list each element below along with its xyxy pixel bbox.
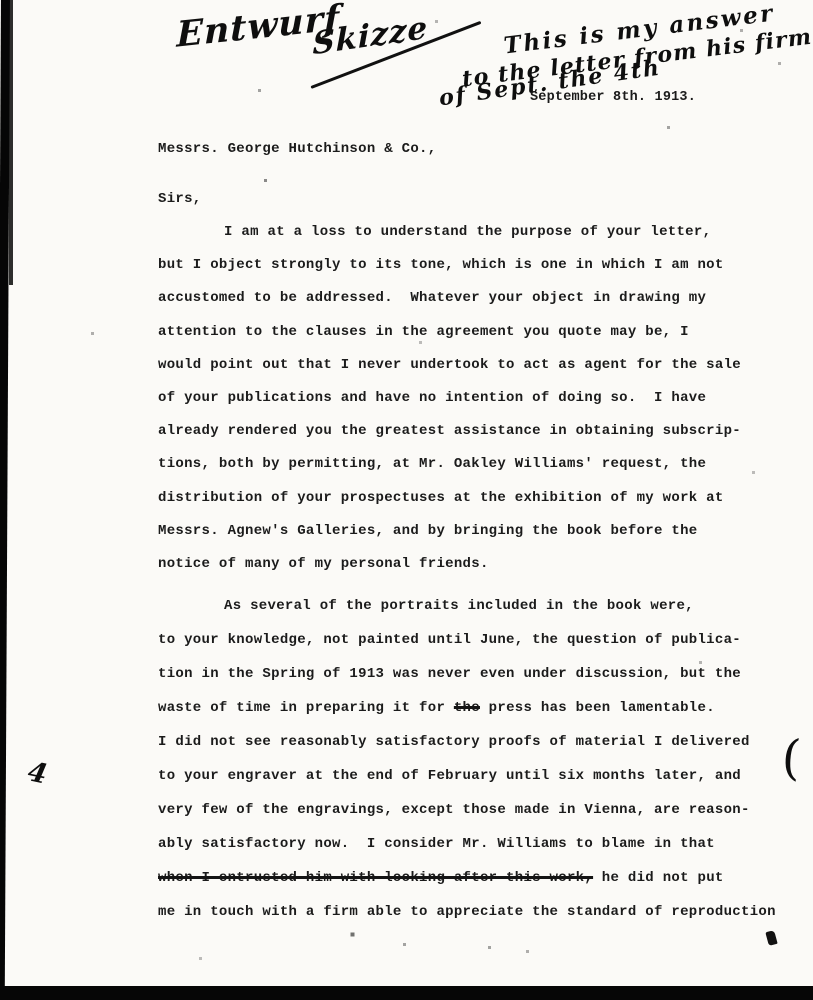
letter-line: would point out that I never undertook t… bbox=[158, 349, 808, 382]
letter-text: ably satisfactory now. I consider Mr. Wi… bbox=[158, 836, 715, 852]
letter-text: distribution of your prospectuses at the… bbox=[158, 490, 724, 506]
letter-text: As several of the portraits included in … bbox=[224, 598, 694, 614]
letter-line: Messrs. Agnew's Galleries, and by bringi… bbox=[158, 515, 808, 548]
letter-paragraph-2: As several of the portraits included in … bbox=[158, 589, 808, 929]
letter-line: ably satisfactory now. I consider Mr. Wi… bbox=[158, 827, 808, 861]
letter-line: attention to the clauses in the agreemen… bbox=[158, 316, 808, 349]
letter-text: waste of time in preparing it for bbox=[158, 700, 454, 716]
letter-line: of your publications and have no intenti… bbox=[158, 382, 808, 415]
scan-ink-blob bbox=[765, 930, 777, 946]
letter-line: me in touch with a firm able to apprecia… bbox=[158, 895, 808, 929]
letter-text: tions, both by permitting, at Mr. Oakley… bbox=[158, 456, 706, 472]
letter-line: very few of the engravings, except those… bbox=[158, 793, 808, 827]
letter-text: very few of the engravings, except those… bbox=[158, 802, 750, 818]
letter-text: would point out that I never undertook t… bbox=[158, 357, 741, 373]
letter-text: I am at a loss to understand the purpose… bbox=[224, 224, 711, 240]
letter-line: As several of the portraits included in … bbox=[158, 589, 808, 623]
letter-text: he did not put bbox=[593, 870, 724, 886]
letter-text: to your engraver at the end of February … bbox=[158, 768, 741, 784]
letter-paragraph-1: I am at a loss to understand the purpose… bbox=[158, 216, 808, 581]
letter-text: press has been lamentable. bbox=[480, 700, 715, 716]
letter-line: tions, both by permitting, at Mr. Oakley… bbox=[158, 448, 808, 481]
scan-edge-bottom bbox=[0, 986, 813, 1000]
letter-scan-page: Entwurf Skizze This is my answer to the … bbox=[0, 0, 813, 1000]
letter-line: but I object strongly to its tone, which… bbox=[158, 249, 808, 282]
letter-line: to your engraver at the end of February … bbox=[158, 759, 808, 793]
scan-dust-specks bbox=[0, 0, 1, 1]
letter-line: notice of many of my personal friends. bbox=[158, 548, 808, 581]
letter-text: me in touch with a firm able to apprecia… bbox=[158, 904, 776, 920]
handwritten-margin-mark: 4 bbox=[25, 756, 50, 790]
letter-line: waste of time in preparing it for the pr… bbox=[158, 691, 808, 725]
letter-text: to your knowledge, not painted until Jun… bbox=[158, 632, 741, 648]
letter-line: I am at a loss to understand the purpose… bbox=[158, 216, 808, 249]
letter-recipient: Messrs. George Hutchinson & Co., bbox=[158, 141, 436, 157]
letter-text: attention to the clauses in the agreemen… bbox=[158, 324, 689, 340]
struck-text: when I entrusted him with looking after … bbox=[158, 870, 593, 886]
letter-text: notice of many of my personal friends. bbox=[158, 556, 489, 572]
letter-salutation: Sirs, bbox=[158, 191, 202, 207]
letter-text: but I object strongly to its tone, which… bbox=[158, 257, 724, 273]
letter-text: already rendered you the greatest assist… bbox=[158, 423, 741, 439]
letter-line: to your knowledge, not painted until Jun… bbox=[158, 623, 808, 657]
letter-text: tion in the Spring of 1913 was never eve… bbox=[158, 666, 741, 682]
letter-line: distribution of your prospectuses at the… bbox=[158, 482, 808, 515]
struck-text: the bbox=[454, 700, 480, 716]
letter-text: of your publications and have no intenti… bbox=[158, 390, 706, 406]
letter-line: when I entrusted him with looking after … bbox=[158, 861, 808, 895]
letter-line: tion in the Spring of 1913 was never eve… bbox=[158, 657, 808, 691]
letter-date: September 8th. 1913. bbox=[530, 90, 696, 105]
letter-line: I did not see reasonably satisfactory pr… bbox=[158, 725, 808, 759]
letter-line: accustomed to be addressed. Whatever you… bbox=[158, 282, 808, 315]
letter-text: I did not see reasonably satisfactory pr… bbox=[158, 734, 750, 750]
scan-edge-left-shadow bbox=[9, 0, 13, 285]
letter-line: already rendered you the greatest assist… bbox=[158, 415, 808, 448]
letter-text: accustomed to be addressed. Whatever you… bbox=[158, 290, 706, 306]
letter-text: Messrs. Agnew's Galleries, and by bringi… bbox=[158, 523, 697, 539]
